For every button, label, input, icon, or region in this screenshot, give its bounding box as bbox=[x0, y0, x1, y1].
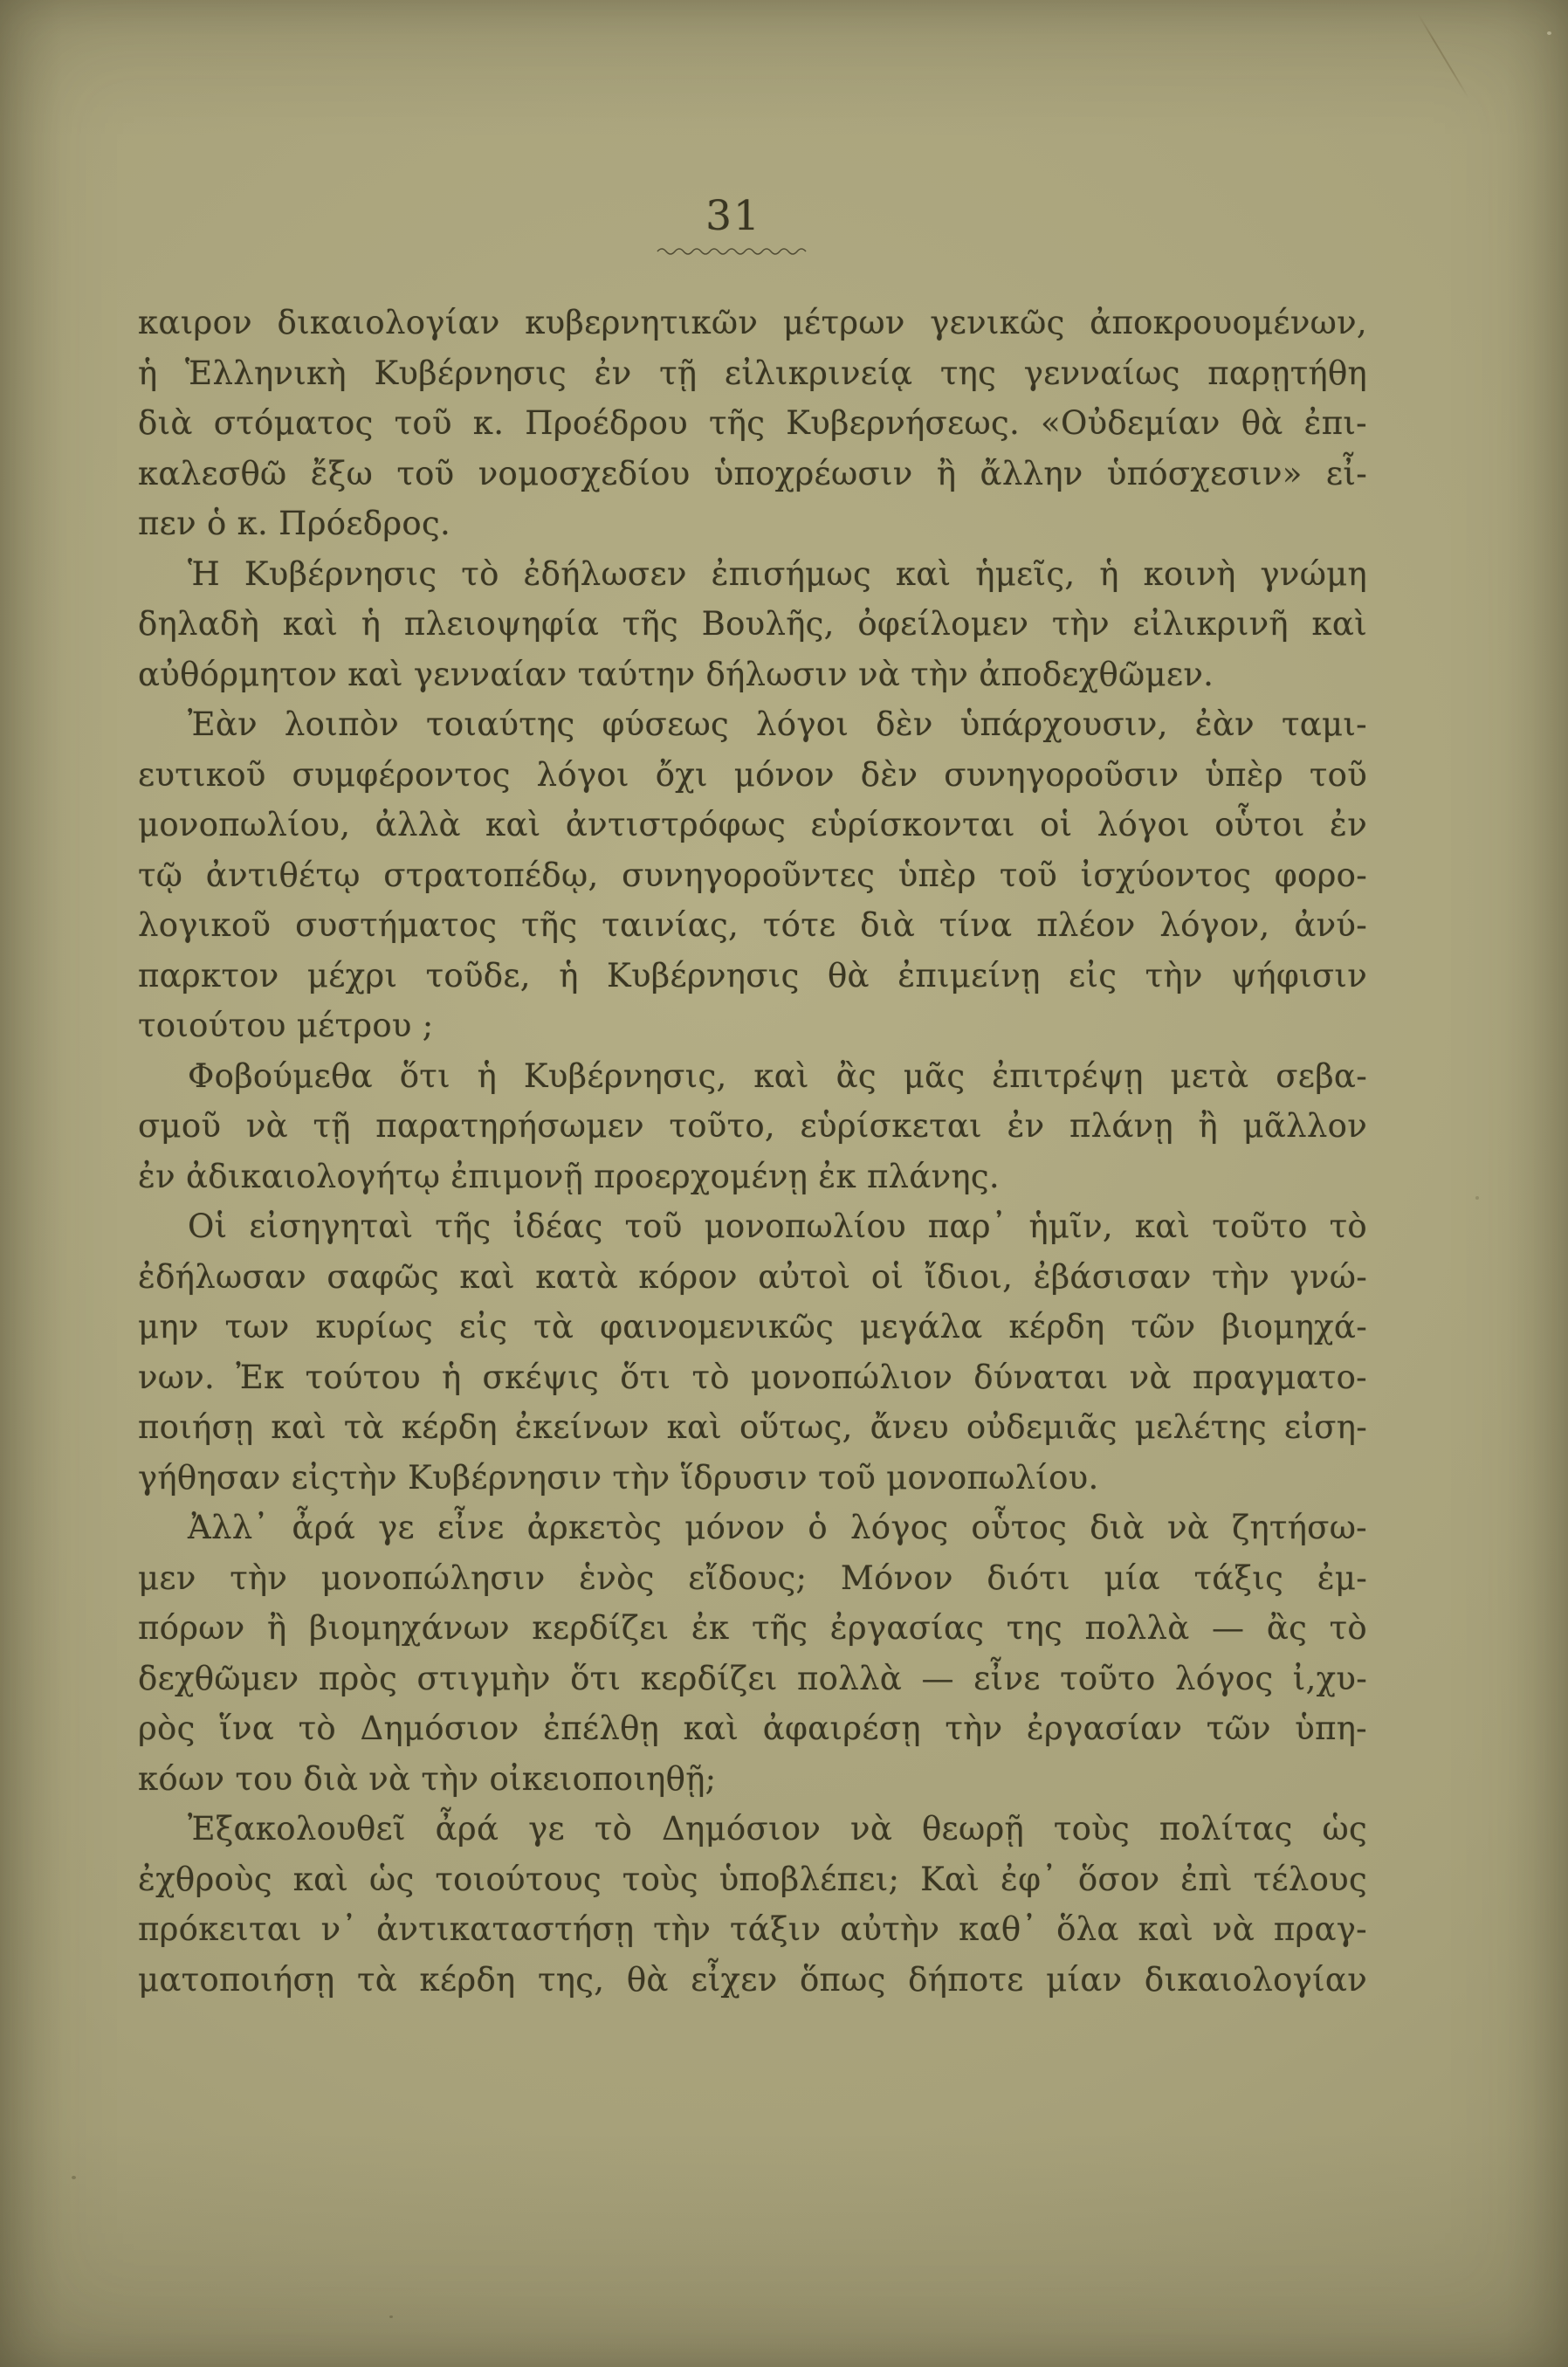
page-header: 31 bbox=[656, 196, 811, 256]
page-number: 31 bbox=[656, 196, 811, 237]
text-line: σμοῦ νὰ τῇ παρατηρήσωμεν τοῦτο, εὑρίσκετ… bbox=[138, 1101, 1367, 1152]
paper-speck bbox=[72, 2176, 76, 2179]
text-line: Φοβούμεθα ὅτι ἡ Κυβέρνησις, καὶ ἂς μᾶς ἐ… bbox=[138, 1051, 1367, 1102]
text-line: νων. Ἐκ τούτου ἡ σκέψις ὅτι τὸ μονοπώλιο… bbox=[138, 1352, 1367, 1403]
text-line: τῷ ἀντιθέτῳ στρατοπέδῳ, συνηγοροῦντες ὑπ… bbox=[138, 850, 1367, 901]
text-line: μεν τὴν μονοπώλησιν ἑνὸς εἴδους; Μόνον δ… bbox=[138, 1553, 1367, 1604]
paragraph: Οἱ εἰσηγηταὶ τῆς ἰδέας τοῦ μονοπωλίου πα… bbox=[138, 1201, 1367, 1503]
text-line: ρὸς ἵνα τὸ Δημόσιον ἐπέλθῃ καὶ ἀφαιρέσῃ … bbox=[138, 1703, 1367, 1754]
text-line: γήθησαν εἰςτὴν Κυβέρνησιν τὴν ἵδρυσιν το… bbox=[138, 1453, 1367, 1503]
paragraph: Φοβούμεθα ὅτι ἡ Κυβέρνησις, καὶ ἂς μᾶς ἐ… bbox=[138, 1051, 1367, 1202]
text-line: τοιούτου μέτρου ; bbox=[138, 1001, 1367, 1051]
text-line: πεν ὁ κ. Πρόεδρος. bbox=[138, 499, 1367, 549]
text-line: παρκτον μέχρι τοῦδε, ἡ Κυβέρνησις θὰ ἐπι… bbox=[138, 951, 1367, 1001]
paragraph: Ἡ Κυβέρνησις τὸ ἐδήλωσεν ἐπισήμως καὶ ἡμ… bbox=[138, 549, 1367, 700]
text-line: ἐδήλωσαν σαφῶς καὶ κατὰ κόρον αὐτοὶ οἱ ἴ… bbox=[138, 1252, 1367, 1303]
text-line: Ἐξακολουθεῖ ἆρά γε τὸ Δημόσιον νὰ θεωρῇ … bbox=[138, 1804, 1367, 1854]
wavy-underline-icon bbox=[656, 245, 811, 256]
body-text: καιρον δικαιολογίαν κυβερνητικῶν μέτρων … bbox=[138, 298, 1367, 2005]
text-line: λογικοῦ συστήματος τῆς ταινίας, τότε διὰ… bbox=[138, 900, 1367, 951]
text-line: διὰ στόματος τοῦ κ. Προέδρου τῆς Κυβερνή… bbox=[138, 398, 1367, 449]
text-line: Ἐὰν λοιπὸν τοιαύτης φύσεως λόγοι δὲν ὑπά… bbox=[138, 699, 1367, 750]
scanned-page: 31 καιρον δικαιολογίαν κυβερνητικῶν μέτρ… bbox=[0, 0, 1568, 2367]
text-line: ἐν ἀδικαιολογήτῳ ἐπιμονῇ προερχομένῃ ἐκ … bbox=[138, 1152, 1367, 1202]
text-line: μην των κυρίως εἰς τὰ φαινομενικῶς μεγάλ… bbox=[138, 1302, 1367, 1352]
text-line: καιρον δικαιολογίαν κυβερνητικῶν μέτρων … bbox=[138, 298, 1367, 348]
text-line: αὐθόρμητον καὶ γενναίαν ταύτην δήλωσιν ν… bbox=[138, 650, 1367, 700]
text-line: Ἀλλ᾽ ἆρά γε εἶνε ἀρκετὸς μόνον ὁ λόγος ο… bbox=[138, 1503, 1367, 1553]
text-line: ποιήσῃ καὶ τὰ κέρδη ἐκείνων καὶ οὕτως, ἄ… bbox=[138, 1402, 1367, 1453]
text-line: κόων του διὰ νὰ τὴν οἰκειοποιηθῇ; bbox=[138, 1754, 1367, 1805]
text-line: Ἡ Κυβέρνησις τὸ ἐδήλωσεν ἐπισήμως καὶ ἡμ… bbox=[138, 549, 1367, 600]
text-line: δηλαδὴ καὶ ἡ πλειοψηφία τῆς Βουλῆς, ὀφεί… bbox=[138, 599, 1367, 650]
text-line: ἐχθροὺς καὶ ὡς τοιούτους τοὺς ὑποβλέπει;… bbox=[138, 1854, 1367, 1905]
text-line: Οἱ εἰσηγηταὶ τῆς ἰδέας τοῦ μονοπωλίου πα… bbox=[138, 1201, 1367, 1252]
text-line: ματοποιήσῃ τὰ κέρδη της, θὰ εἶχεν ὅπως δ… bbox=[138, 1955, 1367, 2006]
text-line: μονοπωλίου, ἀλλὰ καὶ ἀντιστρόφως εὑρίσκο… bbox=[138, 800, 1367, 850]
paper-speck bbox=[1475, 1196, 1479, 1200]
text-line: πρόκειται ν᾽ ἀντικαταστήσῃ τὴν τάξιν αὐτ… bbox=[138, 1904, 1367, 1955]
paragraph: Ἀλλ᾽ ἆρά γε εἶνε ἀρκετὸς μόνον ὁ λόγος ο… bbox=[138, 1503, 1367, 1804]
paragraph: Ἐξακολουθεῖ ἆρά γε τὸ Δημόσιον νὰ θεωρῇ … bbox=[138, 1804, 1367, 2005]
text-line: δεχθῶμεν πρὸς στιγμὴν ὅτι κερδίζει πολλὰ… bbox=[138, 1654, 1367, 1704]
text-line: ἡ Ἑλληνικὴ Κυβέρνησις ἐν τῇ εἰλικρινείᾳ … bbox=[138, 348, 1367, 399]
text-line: πόρων ἢ βιομηχάνων κερδίζει ἐκ τῆς ἐργασ… bbox=[138, 1603, 1367, 1654]
paragraph: καιρον δικαιολογίαν κυβερνητικῶν μέτρων … bbox=[138, 298, 1367, 549]
text-line: καλεσθῶ ἔξω τοῦ νομοσχεδίου ὑποχρέωσιν ἢ… bbox=[138, 449, 1367, 499]
paper-speck bbox=[389, 2315, 393, 2318]
scratch-mark bbox=[1417, 13, 1468, 98]
text-line: ευτικοῦ συμφέροντος λόγοι ὄχι μόνον δὲν … bbox=[138, 750, 1367, 801]
paper-speck bbox=[1547, 31, 1551, 35]
paragraph: Ἐὰν λοιπὸν τοιαύτης φύσεως λόγοι δὲν ὑπά… bbox=[138, 699, 1367, 1051]
